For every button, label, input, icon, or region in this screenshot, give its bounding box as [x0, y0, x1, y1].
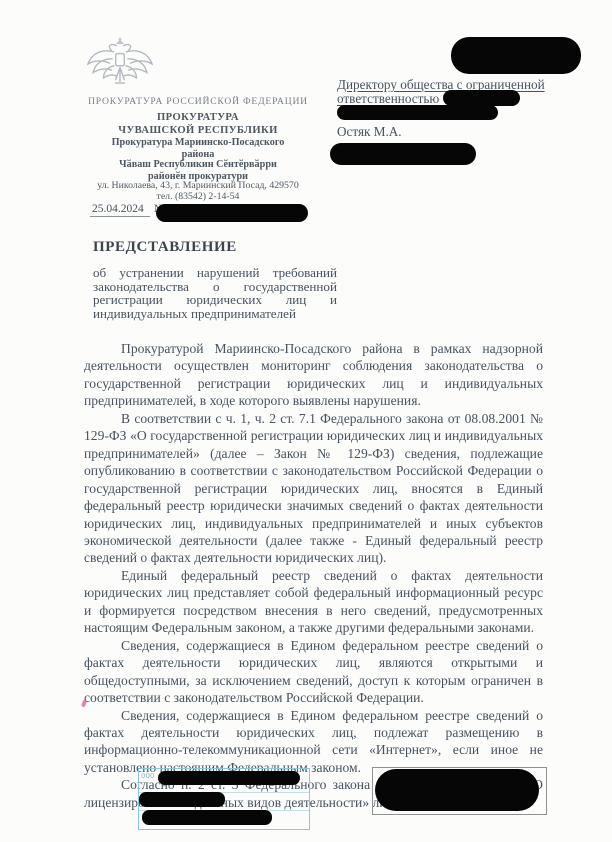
letterhead-contact-block: ул. Николаева, 43, г. Мариинский Посад, …	[78, 181, 318, 203]
document-date: 25.04.2024	[90, 203, 150, 217]
stamp-corner-text: 000	[141, 772, 154, 780]
document-title: ПРЕДСТАВЛЕНИЕ	[93, 239, 237, 256]
document-body: Прокуратурой Мариинско-Посадского района…	[84, 340, 543, 811]
redaction-addressee-header	[451, 37, 581, 74]
redaction-stamp-line-2	[139, 792, 225, 807]
letterhead-republic-line2: ЧУВАШСКОЙ РЕСПУБЛИКИ	[78, 125, 318, 138]
redaction-bottom-right	[375, 769, 539, 811]
redaction-organization-name-2	[337, 105, 498, 120]
scanned-document-page: ПРОКУРАТУРА РОССИЙСКОЙ ФЕДЕРАЦИИ ПРОКУРА…	[0, 0, 612, 842]
body-paragraph: Сведения, содержащиеся в Едином федераль…	[84, 637, 543, 707]
russian-coat-of-arms-icon	[81, 36, 159, 97]
redaction-stamp-line-1	[158, 771, 300, 785]
date-and-number-line: 25.04.2024№	[90, 203, 165, 215]
redaction-stamp-line-3	[142, 810, 272, 825]
body-paragraph: В соответствии с ч. 1, ч. 2 ст. 7.1 Феде…	[84, 410, 543, 567]
letterhead-district-name: Прокуратура Мариинско-Посадского района	[78, 137, 318, 161]
redaction-addressee-address	[330, 143, 476, 165]
letterhead-district-line1: Прокуратура Мариинско-Посадского	[78, 137, 318, 149]
letterhead-chuvash-line1: Чӑваш Республикин Сӗнтӗрвӑрри	[78, 159, 318, 171]
letterhead-republic-name: ПРОКУРАТУРА ЧУВАШСКОЙ РЕСПУБЛИКИ	[78, 112, 318, 137]
letterhead-phone: тел. (83542) 2-14-54	[78, 192, 318, 203]
body-paragraph: Сведения, содержащиеся в Едином федераль…	[84, 707, 543, 777]
redaction-organization-name-1	[443, 90, 520, 106]
redaction-outgoing-number	[156, 204, 308, 222]
body-paragraph: Прокуратурой Мариинско-Посадского района…	[84, 340, 543, 410]
addressee-person-name: Остяк М.А.	[337, 124, 402, 140]
body-paragraph: Единый федеральный реестр сведений о фак…	[84, 567, 543, 637]
document-subtitle: об устранении нарушений требований закон…	[93, 266, 337, 320]
letterhead-federation-line: ПРОКУРАТУРА РОССИЙСКОЙ ФЕДЕРАЦИИ	[78, 96, 318, 107]
letterhead-republic-line1: ПРОКУРАТУРА	[78, 112, 318, 125]
